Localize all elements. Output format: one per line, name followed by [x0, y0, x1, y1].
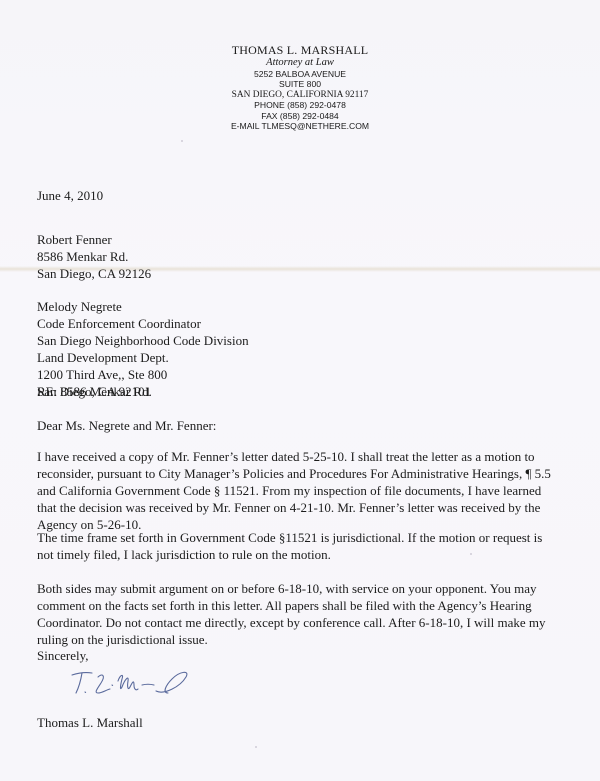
signer-name: Thomas L. Marshall [37, 715, 143, 732]
fax-number: FAX (858) 292-0484 [180, 111, 420, 121]
letter-date: June 4, 2010 [37, 188, 103, 205]
subject-line: RE: 8586 Menkar Rd. [37, 384, 152, 401]
address-line: Land Development Dept. [37, 350, 249, 367]
paragraph-line: and California Government Code § 11521. … [37, 483, 551, 500]
paragraph-line: Both sides may submit argument on or bef… [37, 581, 546, 598]
address-line: Robert Fenner [37, 232, 151, 249]
attorney-name: THOMAS L. MARSHALL [180, 44, 420, 57]
paper-speck [255, 746, 257, 748]
salutation: Dear Ms. Negrete and Mr. Fenner: [37, 418, 216, 435]
address-line-2: SUITE 800 [180, 79, 420, 89]
body-paragraph-1: I have received a copy of Mr. Fenner’s l… [37, 449, 551, 534]
paragraph-line: not timely filed, I lack jurisdiction to… [37, 547, 542, 564]
address-line: Melody Negrete [37, 299, 249, 316]
address-line: 8586 Menkar Rd. [37, 249, 151, 266]
body-paragraph-3: Both sides may submit argument on or bef… [37, 581, 546, 649]
letterhead: THOMAS L. MARSHALL Attorney at Law 5252 … [180, 44, 420, 131]
paper-speck [181, 140, 183, 142]
city-state-zip: SAN DIEGO, CALIFORNIA 92117 [180, 90, 420, 100]
phone-number: PHONE (858) 292-0478 [180, 100, 420, 110]
paragraph-line: that the decision was received by Mr. Fe… [37, 500, 551, 517]
paragraph-line: comment on the facts set forth in this l… [37, 598, 546, 615]
handwritten-signature-icon [68, 665, 198, 701]
paragraph-line: ruling on the jurisdictional issue. [37, 632, 546, 649]
address-line: Code Enforcement Coordinator [37, 316, 249, 333]
body-paragraph-2: The time frame set forth in Government C… [37, 530, 542, 564]
address-line: San Diego, CA 92126 [37, 266, 151, 283]
attorney-title: Attorney at Law [180, 57, 420, 69]
address-line-1: 5252 BALBOA AVENUE [180, 69, 420, 79]
address-line: San Diego Neighborhood Code Division [37, 333, 249, 350]
paragraph-line: Coordinator. Do not contact me directly,… [37, 615, 546, 632]
address-line: 1200 Third Ave,, Ste 800 [37, 367, 249, 384]
letter-page: THOMAS L. MARSHALL Attorney at Law 5252 … [0, 0, 600, 781]
paragraph-line: reconsider, pursuant to City Manager’s P… [37, 466, 551, 483]
paragraph-line: The time frame set forth in Government C… [37, 530, 542, 547]
email-address: E-MAIL TLMESQ@NETHERE.COM [180, 121, 420, 131]
closing: Sincerely, [37, 648, 89, 665]
recipient-address-fenner: Robert Fenner 8586 Menkar Rd. San Diego,… [37, 232, 151, 283]
paragraph-line: I have received a copy of Mr. Fenner’s l… [37, 449, 551, 466]
